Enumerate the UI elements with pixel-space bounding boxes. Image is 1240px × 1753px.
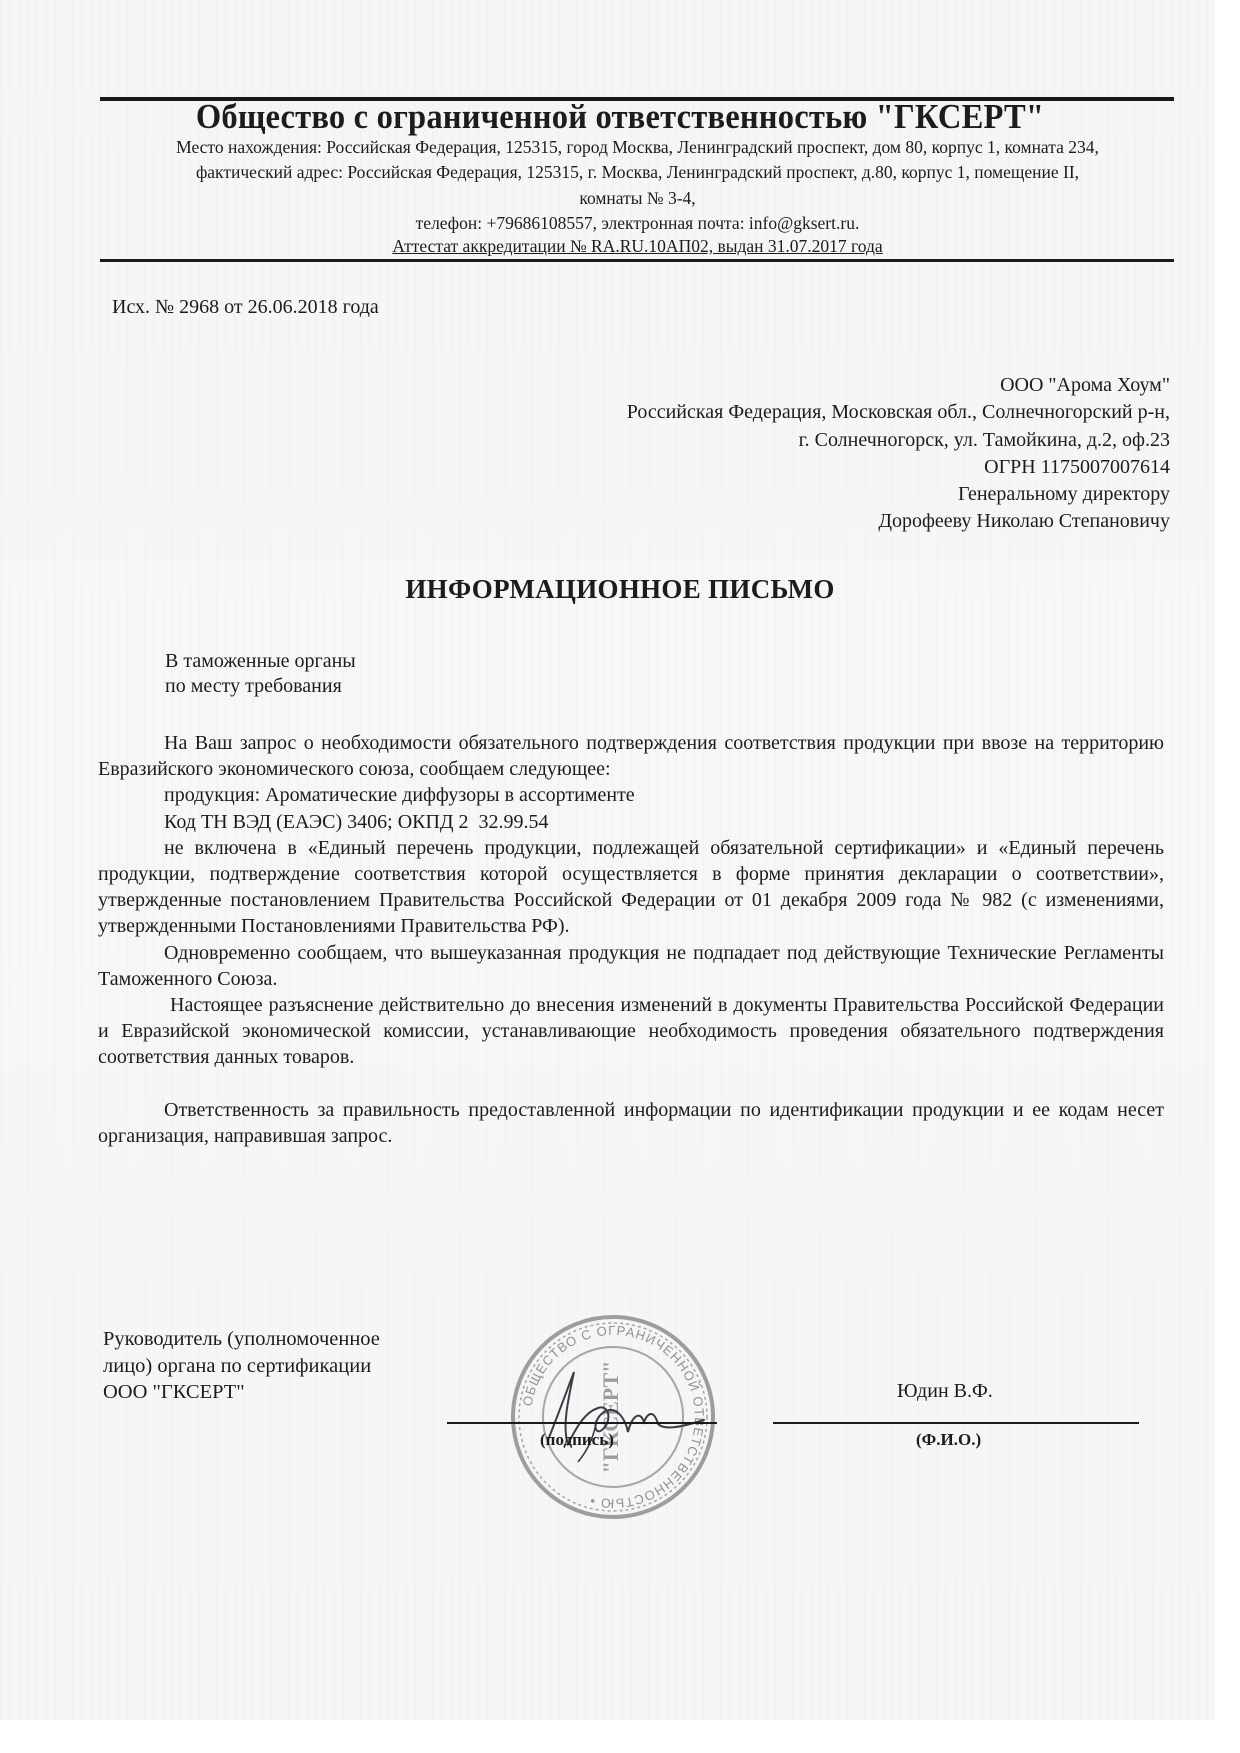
- recipient-name: Дорофееву Николаю Степановичу: [627, 508, 1170, 535]
- body-codes: Код ТН ВЭД (ЕАЭС) 3406; ОКПД 2 32.99.54: [98, 809, 1164, 835]
- recipient-block: ООО "Арома Хоум" Российская Федерация, М…: [627, 372, 1170, 536]
- document-heading: ИНФОРМАЦИОННОЕ ПИСЬМО: [0, 574, 1240, 605]
- outgoing-reference: Исх. № 2968 от 26.06.2018 года: [112, 296, 379, 319]
- body-paragraph-responsibility: Ответственность за правильность предоста…: [98, 1097, 1164, 1149]
- signatory-position-line: лицо) органа по сертификации: [103, 1353, 380, 1380]
- body-paragraph-validity: Настоящее разъяснение действительно до в…: [98, 992, 1164, 1071]
- signatory-position-line: Руководитель (уполномоченное: [103, 1326, 380, 1353]
- letterhead-address-line: комнаты № 3-4,: [100, 188, 1175, 208]
- letterhead-accreditation: Аттестат аккредитации № RA.RU.10АП02, вы…: [100, 236, 1175, 256]
- name-line: [773, 1422, 1139, 1424]
- body-paragraph-not-included: не включена в «Единый перечень продукции…: [98, 835, 1164, 940]
- letter-body: На Ваш запрос о необходимости обязательн…: [98, 730, 1164, 1149]
- body-paragraph-request: На Ваш запрос о необходимости обязательн…: [98, 730, 1164, 782]
- recipient-company: ООО "Арома Хоум": [627, 372, 1170, 399]
- name-caption: (Ф.И.О.): [916, 1430, 981, 1450]
- letterhead-address-line: фактический адрес: Российская Федерация,…: [100, 162, 1175, 182]
- signatory-organization: ООО "ГКСЕРТ": [103, 1379, 380, 1406]
- recipient-address-line: Российская Федерация, Московская обл., С…: [627, 399, 1170, 426]
- letterhead-address-line: Место нахождения: Российская Федерация, …: [100, 137, 1175, 157]
- signatory-name: Юдин В.Ф.: [897, 1380, 993, 1403]
- letterhead-contacts: телефон: +79686108557, электронная почта…: [100, 213, 1175, 233]
- company-seal-stamp: ОБЩЕСТВО С ОГРАНИЧЕННОЙ ОТВЕТСТВЕННОСТЬЮ…: [508, 1312, 718, 1522]
- recipient-position: Генеральному директору: [627, 481, 1170, 508]
- body-paragraph-regulations: Одновременно сообщаем, что вышеуказанная…: [98, 940, 1164, 992]
- seal-icon: ОБЩЕСТВО С ОГРАНИЧЕННОЙ ОТВЕТСТВЕННОСТЬЮ…: [508, 1312, 718, 1522]
- addressee-line-1: В таможенные органы: [165, 650, 356, 673]
- letterhead-bottom-rule: [100, 259, 1174, 262]
- svg-text:"ГКСЕРТ": "ГКСЕРТ": [598, 1361, 623, 1474]
- body-product: продукция: Ароматические диффузоры в асс…: [98, 782, 1164, 808]
- recipient-ogrn: ОГРН 1175007007614: [627, 454, 1170, 481]
- recipient-address-line: г. Солнечногорск, ул. Тамойкина, д.2, оф…: [627, 427, 1170, 454]
- addressee-line-2: по месту требования: [165, 675, 342, 698]
- signatory-position: Руководитель (уполномоченное лицо) орган…: [103, 1326, 380, 1406]
- signature-caption: (подпись): [540, 1430, 614, 1450]
- company-name: Общество с ограниченной ответственностью…: [43, 97, 1196, 137]
- signature-line: [447, 1422, 717, 1424]
